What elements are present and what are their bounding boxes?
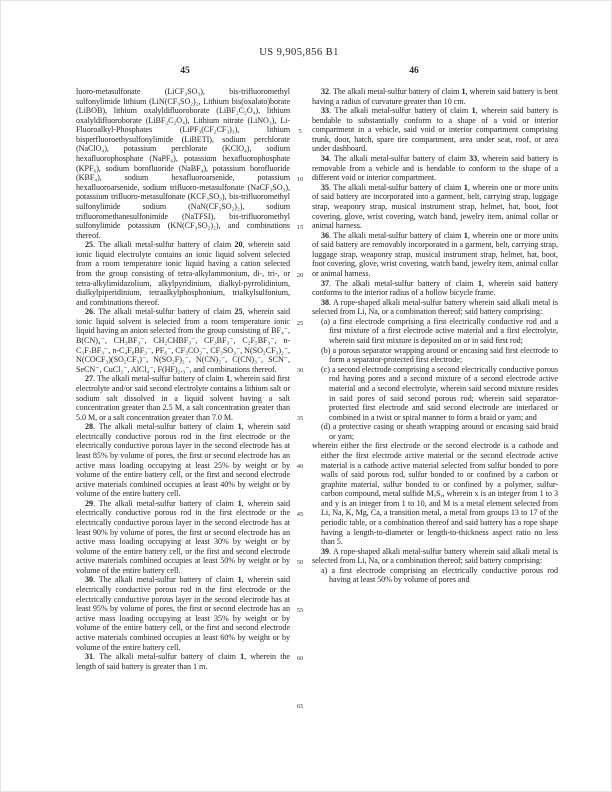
line-number: 10 <box>297 175 304 185</box>
column-number-left: 45 <box>170 65 200 76</box>
line-number: 50 <box>297 558 304 568</box>
claim-38-item-d-paragraph: (d) a protective casing or sheath wrappi… <box>312 422 558 441</box>
patent-page: US 9,905,856 B1 45 46 5 10 15 20 25 30 3… <box>0 0 612 792</box>
claim-36-paragraph: 36. The alkali metal-sulfur battery of c… <box>312 231 558 279</box>
claim-39-intro-paragraph: 39. A rope-shaped alkali metal-sulfur ba… <box>312 547 558 566</box>
claim-29-paragraph: 29. The alkali metal-sulfur battery of c… <box>76 499 290 576</box>
claim-38-wherein-paragraph: wherein either the first electrode or th… <box>312 441 558 546</box>
line-number: 65 <box>297 702 304 712</box>
line-number: 55 <box>297 606 304 616</box>
line-number: 20 <box>297 271 304 281</box>
claim-30-paragraph: 30. The alkali metal-sulfur battery of c… <box>76 575 290 652</box>
claim-38-intro-paragraph: 38. A rope-shaped alkali metal-sulfur ba… <box>312 298 558 317</box>
claim-24-continuation-paragraph: luoro-metasulfonate (LiCF₃SO₃), bis-trif… <box>76 87 290 240</box>
claim-25-paragraph: 25. The alkali metal-sulfur battery of c… <box>76 240 290 307</box>
line-number: 35 <box>297 414 304 424</box>
claim-28-paragraph: 28. The alkali metal-sulfur battery of c… <box>76 422 290 499</box>
claim-38-item-a-paragraph: (a) a first electrode comprising a first… <box>312 317 558 346</box>
line-number: 25 <box>297 319 304 329</box>
patent-number: US 9,905,856 B1 <box>1 47 597 58</box>
line-number: 45 <box>297 510 304 520</box>
right-column: 32. The alkali metal-sulfur battery of c… <box>312 87 558 585</box>
left-column: luoro-metasulfonate (LiCF₃SO₃), bis-trif… <box>76 87 290 671</box>
claim-38-item-b-paragraph: (b) a porous separator wrapping around o… <box>312 346 558 365</box>
column-number-right: 46 <box>399 65 429 76</box>
gutter-line-numbers: 5 10 15 20 25 30 35 40 45 50 55 60 65 <box>292 127 308 750</box>
line-number: 60 <box>297 654 304 664</box>
claim-26-paragraph: 26. The alkali metal-sulfur battery of c… <box>76 307 290 374</box>
claim-38-item-c-paragraph: (c) a second electrode comprising a seco… <box>312 365 558 422</box>
line-number: 30 <box>297 366 304 376</box>
claim-37-paragraph: 37. The alkali metal-sulfur battery of c… <box>312 279 558 298</box>
claim-35-paragraph: 35. The alkali metal-sulfur battery of c… <box>312 183 558 231</box>
line-number: 5 <box>298 127 301 137</box>
claim-32-paragraph: 32. The alkali metal-sulfur battery of c… <box>312 87 558 106</box>
claim-33-paragraph: 33. The alkali metal-sulfur battery of c… <box>312 106 558 154</box>
claim-34-paragraph: 34. The alkali metal-sulfur battery of c… <box>312 154 558 183</box>
claim-27-paragraph: 27. The alkali metal-sulfur battery of c… <box>76 374 290 422</box>
line-number: 15 <box>297 223 304 233</box>
line-number: 40 <box>297 462 304 472</box>
claim-39-item-a-paragraph: a) a first electrode comprising an elect… <box>312 566 558 585</box>
claim-31-paragraph: 31. The alkali metal-sulfur battery of c… <box>76 652 290 671</box>
